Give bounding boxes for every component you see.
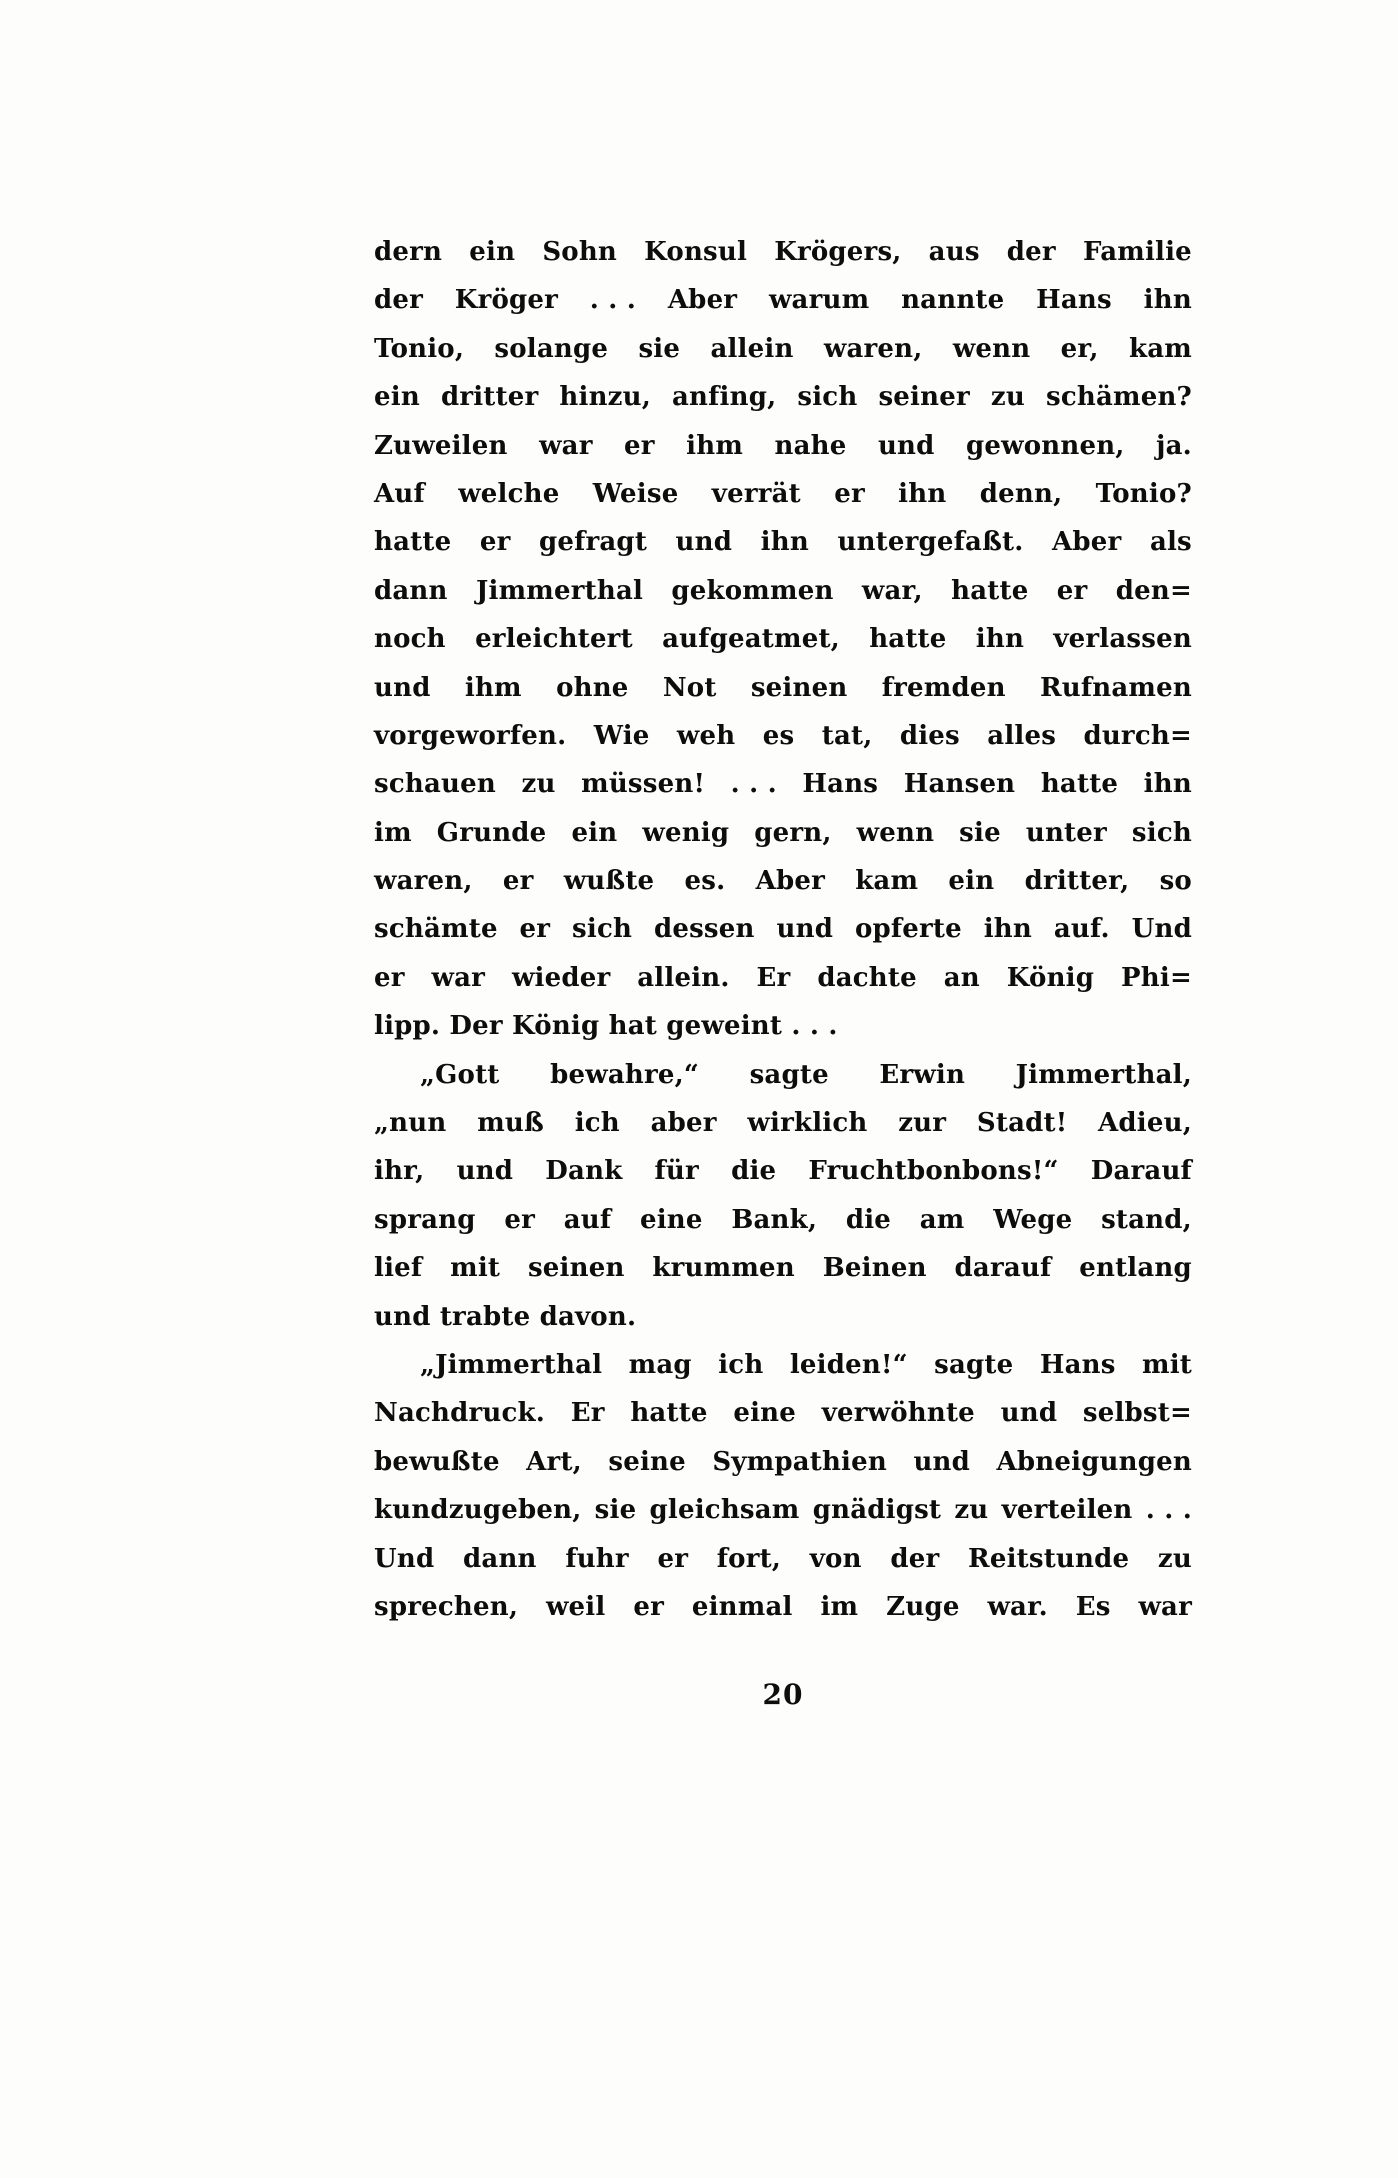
text-line: lipp. Der König hat geweint . . . xyxy=(374,1002,1192,1050)
text-line: sprechen,weilereinmalimZugewar.Eswar xyxy=(374,1583,1192,1631)
text-line: AufwelcheWeiseverräterihndenn,Tonio? xyxy=(374,470,1192,518)
text-line: Zuweilenwarerihmnaheundgewonnen,ja. xyxy=(374,422,1192,470)
text-line: dannJimmerthalgekommenwar,hatteerden= xyxy=(374,567,1192,615)
text-line: vorgeworfen.Wiewehestat,diesallesdurch= xyxy=(374,712,1192,760)
text-line: Tonio,solangesiealleinwaren,wenner,kam xyxy=(374,325,1192,373)
text-line: hatteergefragtundihnuntergefaßt.Aberals xyxy=(374,518,1192,566)
text-line: liefmitseinenkrummenBeinendaraufentlang xyxy=(374,1244,1192,1292)
text-line: derKröger. . .AberwarumnannteHansihn xyxy=(374,276,1192,324)
text-line: sprangeraufeineBank,dieamWegestand, xyxy=(374,1196,1192,1244)
text-line: und trabte davon. xyxy=(374,1293,1192,1341)
text-line: „Jimmerthalmagichleiden!“sagteHansmit xyxy=(374,1341,1192,1389)
page-number: 20 xyxy=(374,1678,1192,1711)
text-line: nocherleichtertaufgeatmet,hatteihnverlas… xyxy=(374,615,1192,663)
text-line: eindritterhinzu,anfing,sichseinerzuschäm… xyxy=(374,373,1192,421)
text-line: erwarwiederallein.ErdachteanKönigPhi= xyxy=(374,954,1192,1002)
text-line: „Gottbewahre,“sagteErwinJimmerthal, xyxy=(374,1051,1192,1099)
book-page: derneinSohnKonsulKrögers,ausderFamiliede… xyxy=(0,0,1398,2178)
text-line: imGrundeeinweniggern,wennsieuntersich xyxy=(374,809,1192,857)
text-line: undihmohneNotseinenfremdenRufnamen xyxy=(374,664,1192,712)
text-line: kundzugeben,siegleichsamgnädigstzuvertei… xyxy=(374,1486,1192,1534)
text-line: Unddannfuhrerfort,vonderReitstundezu xyxy=(374,1535,1192,1583)
text-block: derneinSohnKonsulKrögers,ausderFamiliede… xyxy=(374,228,1192,1631)
text-line: bewußteArt,seineSympathienundAbneigungen xyxy=(374,1438,1192,1486)
text-line: schauenzumüssen!. . .HansHansenhatteihn xyxy=(374,760,1192,808)
text-line: Nachdruck.Erhatteeineverwöhnteundselbst= xyxy=(374,1389,1192,1437)
text-line: derneinSohnKonsulKrögers,ausderFamilie xyxy=(374,228,1192,276)
text-line: ihr,undDankfürdieFruchtbonbons!“Darauf xyxy=(374,1147,1192,1195)
text-line: schämteersichdessenundopferteihnauf.Und xyxy=(374,905,1192,953)
text-line: „nunmußichaberwirklichzurStadt!Adieu, xyxy=(374,1099,1192,1147)
text-line: waren,erwußtees.Aberkameindritter,so xyxy=(374,857,1192,905)
